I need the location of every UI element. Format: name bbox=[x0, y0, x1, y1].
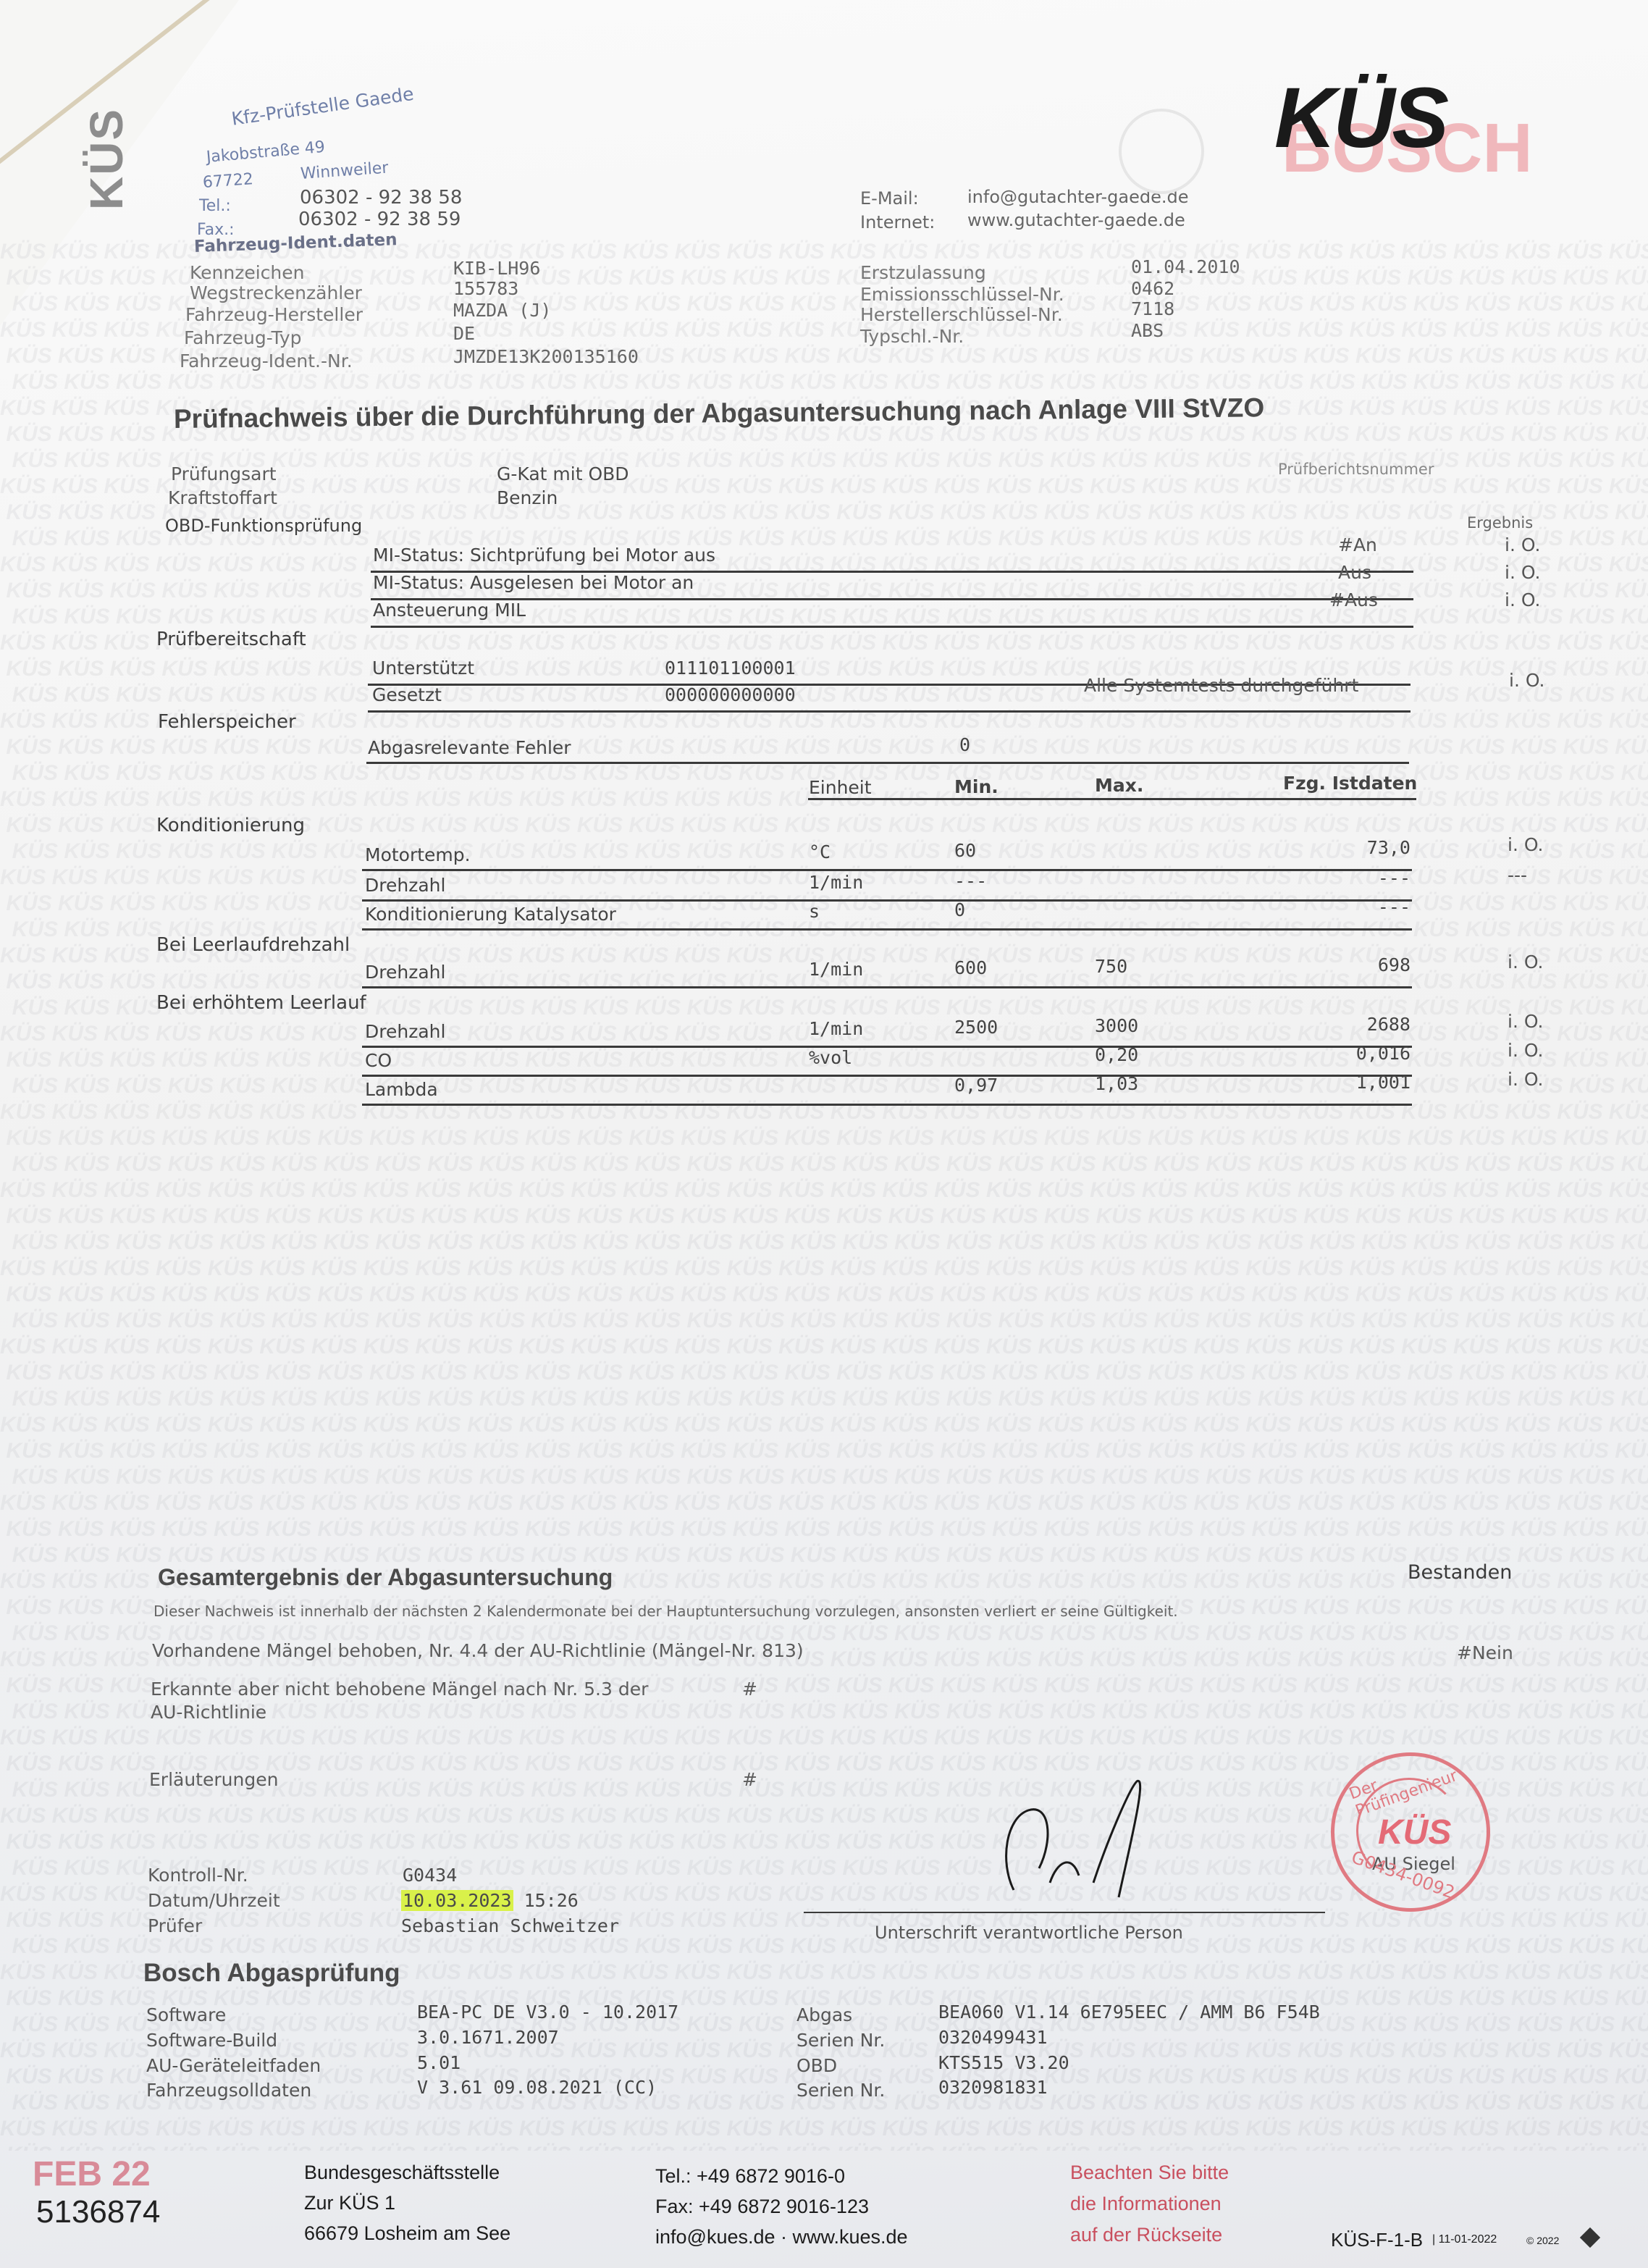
vehicle-field-label: Typschl.-Nr. bbox=[860, 326, 964, 347]
footer-address-line: Zur KÜS 1 bbox=[304, 2192, 395, 2214]
idle-row-actual: 698 bbox=[1378, 954, 1411, 975]
conditioning-row-divider bbox=[362, 869, 1412, 871]
obd-row-state: Aus bbox=[1338, 562, 1371, 583]
vehicle-field-label: Fahrzeug-Hersteller bbox=[185, 304, 363, 325]
vehicle-field-label: Fahrzeug-Typ bbox=[184, 327, 302, 348]
high-idle-row-divider bbox=[362, 1046, 1412, 1048]
readiness-row-divider bbox=[368, 710, 1411, 713]
readiness-result: i. O. bbox=[1509, 670, 1544, 691]
footer-diamond-icon bbox=[1580, 2227, 1600, 2248]
kontroll-value: G0434 bbox=[403, 1865, 457, 1886]
idle-row-min: 600 bbox=[954, 957, 987, 978]
readiness-summary: Alle Systemtests durchgeführt bbox=[1084, 675, 1358, 696]
readiness-row-label: Gesetzt bbox=[372, 684, 442, 705]
readiness-row-value: 000000000000 bbox=[665, 684, 796, 705]
kus-logo: KÜS bbox=[1274, 69, 1446, 167]
bosch-field-label: Serien Nr. bbox=[796, 2080, 885, 2101]
defects-open-value: # bbox=[742, 1679, 757, 1700]
bosch-field-value: BEA060 V1.14 6E795EEC / AMM B6 F54B bbox=[938, 2002, 1320, 2023]
header-divider bbox=[808, 798, 1416, 800]
tel-value[interactable]: 06302 - 92 38 58 bbox=[300, 187, 462, 209]
defects-open-label-2: AU-Richtlinie bbox=[151, 1702, 266, 1723]
station-zip: 67722 bbox=[202, 170, 254, 192]
bosch-field-label: Fahrzeugsolldaten bbox=[146, 2080, 311, 2101]
pruefungsart-value: G-Kat mit OBD bbox=[497, 463, 629, 484]
faults-label: Abgasrelevante Fehler bbox=[368, 737, 571, 758]
time-value: 15:26 bbox=[524, 1890, 579, 1911]
obd-row-result: i. O. bbox=[1505, 562, 1540, 583]
conditioning-row-unit: °C bbox=[809, 841, 831, 862]
vehicle-field-label: Erstzulassung bbox=[860, 262, 986, 283]
col-header-unit: Einheit bbox=[809, 777, 872, 798]
internet-label: Internet: bbox=[860, 212, 935, 232]
conditioning-row-actual: 73,0 bbox=[1367, 837, 1411, 858]
vehicle-field-value: 01.04.2010 bbox=[1131, 256, 1240, 277]
high-idle-row-actual: 2688 bbox=[1367, 1014, 1411, 1035]
bosch-field-value: 5.01 bbox=[417, 2052, 461, 2073]
conditioning-row-label: Motortemp. bbox=[365, 844, 471, 865]
faults-section-title: Fehlerspeicher bbox=[158, 711, 296, 733]
vehicle-field-label: Wegstreckenzähler bbox=[190, 282, 362, 303]
high-idle-row-actual: 1,001 bbox=[1356, 1072, 1411, 1093]
obd-section-title: OBD-Funktionsprüfung bbox=[165, 516, 362, 536]
vehicle-field-label: Kennzeichen bbox=[190, 262, 304, 283]
bosch-field-label: AU-Geräteleitfaden bbox=[146, 2055, 321, 2076]
kraftstoff-label: Kraftstoffart bbox=[168, 487, 277, 508]
obd-row-result: i. O. bbox=[1505, 534, 1540, 555]
footer-copyright: © 2022 bbox=[1526, 2235, 1559, 2246]
faults-value: 0 bbox=[959, 734, 970, 755]
datetime-label: Datum/Uhrzeit bbox=[148, 1890, 280, 1911]
conditioning-title: Konditionierung bbox=[156, 815, 305, 836]
au-seal-stamp: Der Prüfingenieur KÜS AU Siegel G0434-00… bbox=[1331, 1752, 1490, 1912]
overall-result: Bestanden bbox=[1408, 1561, 1512, 1584]
footer-form-date: | 11-01-2022 bbox=[1432, 2233, 1497, 2246]
signature-line bbox=[804, 1912, 1325, 1913]
notes-label: Erläuterungen bbox=[149, 1769, 278, 1790]
readiness-row-value: 011101100001 bbox=[665, 658, 796, 679]
obd-row-label: MI-Status: Sichtprüfung bei Motor aus bbox=[373, 545, 715, 566]
footer-contact-line: Fax: +49 6872 9016-123 bbox=[655, 2196, 869, 2218]
vehicle-field-value: 0462 bbox=[1131, 278, 1174, 299]
readiness-row-label: Unterstützt bbox=[372, 658, 474, 679]
obd-row-result: i. O. bbox=[1505, 589, 1540, 610]
signature bbox=[985, 1774, 1202, 1904]
high-idle-row-max: 0,20 bbox=[1095, 1044, 1138, 1065]
bosch-field-label: Abgas bbox=[796, 2004, 852, 2025]
footer-serial: 5136874 bbox=[36, 2194, 160, 2230]
high-idle-row-divider bbox=[362, 1075, 1412, 1077]
vehicle-field-value: 7118 bbox=[1131, 298, 1174, 319]
bosch-field-label: OBD bbox=[796, 2055, 837, 2076]
high-idle-row-divider bbox=[362, 1104, 1412, 1106]
high-idle-row-label: Drehzahl bbox=[365, 1021, 445, 1042]
examiner-label: Prüfer bbox=[148, 1915, 202, 1936]
station-street: Jakobstraße 49 bbox=[206, 138, 326, 167]
bosch-field-label: Software-Build bbox=[146, 2030, 277, 2051]
conditioning-row-divider bbox=[362, 899, 1412, 902]
bosch-section-title: Bosch Abgasprüfung bbox=[143, 1959, 400, 1988]
bosch-field-value: 0320981831 bbox=[938, 2077, 1048, 2098]
footer-notice-line: Beachten Sie bitte bbox=[1070, 2162, 1229, 2184]
footer-stamp-date: FEB 22 bbox=[33, 2154, 151, 2194]
idle-row-unit: 1/min bbox=[809, 959, 863, 980]
defects-fixed-value: #Nein bbox=[1457, 1642, 1513, 1663]
vehicle-field-value: JMZDE13K200135160 bbox=[453, 346, 639, 367]
overall-title: Gesamtergebnis der Abgasuntersuchung bbox=[158, 1564, 613, 1591]
high-idle-row-max: 3000 bbox=[1095, 1015, 1138, 1036]
col-header-min: Min. bbox=[954, 776, 999, 797]
vehicle-field-value: DE bbox=[453, 323, 475, 344]
conditioning-row-min: --- bbox=[954, 870, 987, 891]
idle-row-label: Drehzahl bbox=[365, 962, 445, 983]
conditioning-row-label: Konditionierung Katalysator bbox=[365, 904, 616, 925]
internet-value[interactable]: www.gutachter-gaede.de bbox=[967, 210, 1185, 230]
faults-row-divider bbox=[366, 762, 1409, 764]
vehicle-field-value: MAZDA (J) bbox=[453, 300, 551, 321]
obd-row-divider bbox=[371, 626, 1413, 628]
high-idle-title: Bei erhöhtem Leerlauf bbox=[156, 992, 366, 1014]
high-idle-row-label: CO bbox=[365, 1050, 392, 1071]
bosch-field-value: BEA-PC DE V3.0 - 10.2017 bbox=[417, 2002, 678, 2023]
conditioning-row-actual: --- bbox=[1378, 896, 1411, 917]
readiness-section-title: Prüfbereitschaft bbox=[156, 629, 306, 650]
high-idle-row-result: i. O. bbox=[1508, 1040, 1543, 1061]
bosch-field-label: Software bbox=[146, 2004, 226, 2025]
bericht-nr-label: Prüfberichtsnummer bbox=[1278, 461, 1434, 478]
vehicle-field-value: ABS bbox=[1131, 320, 1164, 341]
pruefungsart-label: Prüfungsart bbox=[171, 463, 277, 484]
conditioning-row-divider bbox=[362, 928, 1412, 931]
bosch-field-value: 0320499431 bbox=[938, 2027, 1048, 2048]
vehicle-field-value: 155783 bbox=[453, 278, 518, 299]
footer-form-id: KÜS-F-1-B bbox=[1331, 2229, 1423, 2251]
kraftstoff-value: Benzin bbox=[497, 487, 558, 508]
bosch-field-value: KTS515 V3.20 bbox=[938, 2052, 1069, 2073]
document-page: KÜS KÜS KÜS KÜS KÜS KÜS KÜS KÜS KÜS KÜS … bbox=[0, 0, 1648, 2268]
footer-notice-line: auf der Rückseite bbox=[1070, 2224, 1222, 2246]
ergebnis-header: Ergebnis bbox=[1467, 514, 1533, 532]
col-header-actual: Fzg. Istdaten bbox=[1283, 773, 1417, 794]
kontroll-label: Kontroll-Nr. bbox=[148, 1865, 248, 1886]
obd-row-state: #An bbox=[1338, 534, 1377, 555]
datetime-value: 10.03.2023 15:26 bbox=[401, 1890, 579, 1911]
vehicle-field-label: Emissionsschlüssel-Nr. bbox=[860, 284, 1064, 305]
high-idle-row-unit: %vol bbox=[809, 1047, 852, 1068]
high-idle-row-result: i. O. bbox=[1508, 1011, 1543, 1032]
obd-row-label: Ansteuerung MIL bbox=[373, 600, 526, 621]
stamp-brand: KÜS bbox=[1378, 1813, 1451, 1852]
vehicle-field-value: KIB-LH96 bbox=[453, 258, 540, 279]
conditioning-row-label: Drehzahl bbox=[365, 875, 445, 896]
validity-note: Dieser Nachweis ist innerhalb der nächst… bbox=[154, 1603, 1178, 1620]
footer-address-line: Bundesgeschäftsstelle bbox=[304, 2162, 500, 2184]
footer-address-line: 66679 Losheim am See bbox=[304, 2222, 510, 2245]
bosch-field-label: Serien Nr. bbox=[796, 2030, 885, 2051]
bosch-field-value: 3.0.1671.2007 bbox=[417, 2027, 559, 2048]
side-logo: KÜS bbox=[80, 51, 152, 210]
station-name: Kfz-Prüfstelle Gaede bbox=[230, 83, 415, 130]
obd-row-label: MI-Status: Ausgelesen bei Motor an bbox=[373, 572, 694, 593]
high-idle-row-result: i. O. bbox=[1508, 1069, 1543, 1090]
notes-value: # bbox=[742, 1769, 757, 1790]
col-header-max: Max. bbox=[1095, 775, 1143, 796]
high-idle-row-max: 1,03 bbox=[1095, 1073, 1138, 1094]
idle-row-result: i. O. bbox=[1508, 952, 1543, 973]
high-idle-row-min: 2500 bbox=[954, 1017, 998, 1038]
signature-caption: Unterschrift verantwortliche Person bbox=[875, 1923, 1183, 1943]
date-highlighted: 10.03.2023 bbox=[401, 1890, 513, 1911]
conditioning-row-min: 0 bbox=[954, 899, 965, 920]
high-idle-row-unit: 1/min bbox=[809, 1018, 863, 1039]
page-title: Prüfnachweis über die Durchführung der A… bbox=[174, 392, 1265, 434]
footer-contact-line: info@kues.de · www.kues.de bbox=[655, 2226, 908, 2248]
defects-fixed-label: Vorhandene Mängel behoben, Nr. 4.4 der A… bbox=[152, 1640, 804, 1661]
email-label: E-Mail: bbox=[860, 188, 919, 209]
conditioning-row-actual: --- bbox=[1378, 868, 1411, 889]
high-idle-row-actual: 0,016 bbox=[1356, 1043, 1411, 1064]
tel-label: Tel.: bbox=[199, 197, 231, 215]
obd-row-divider bbox=[371, 598, 1413, 600]
examiner-value: Sebastian Schweitzer bbox=[401, 1915, 619, 1936]
footer-notice-line: die Informationen bbox=[1070, 2193, 1222, 2215]
form-date-value: 11-01-2022 bbox=[1439, 2233, 1497, 2246]
idle-title: Bei Leerlaufdrehzahl bbox=[156, 934, 350, 956]
conditioning-row-result: --- bbox=[1508, 865, 1527, 886]
bosch-field-value: V 3.61 09.08.2021 (CC) bbox=[417, 2077, 657, 2098]
vehicle-field-label: Herstellerschlüssel-Nr. bbox=[860, 304, 1063, 325]
high-idle-row-label: Lambda bbox=[365, 1079, 438, 1100]
obd-row-state: #Aus bbox=[1329, 589, 1378, 610]
fax-value: 06302 - 92 38 59 bbox=[298, 209, 461, 230]
bosch-ring-icon bbox=[1119, 109, 1204, 194]
station-city: Winnweiler bbox=[300, 159, 389, 183]
vehicle-field-label: Fahrzeug-Ident.-Nr. bbox=[180, 350, 353, 371]
conditioning-row-min: 60 bbox=[954, 840, 976, 861]
footer-contact-line: Tel.: +49 6872 9016-0 bbox=[655, 2165, 845, 2188]
high-idle-row-min: 0,97 bbox=[954, 1075, 998, 1096]
conditioning-row-unit: 1/min bbox=[809, 872, 863, 893]
conditioning-row-unit: s bbox=[809, 901, 820, 922]
idle-row-max: 750 bbox=[1095, 956, 1127, 977]
defects-open-label: Erkannte aber nicht behobene Mängel nach… bbox=[151, 1679, 648, 1700]
idle-row-divider bbox=[362, 986, 1412, 988]
conditioning-row-result: i. O. bbox=[1508, 834, 1543, 855]
